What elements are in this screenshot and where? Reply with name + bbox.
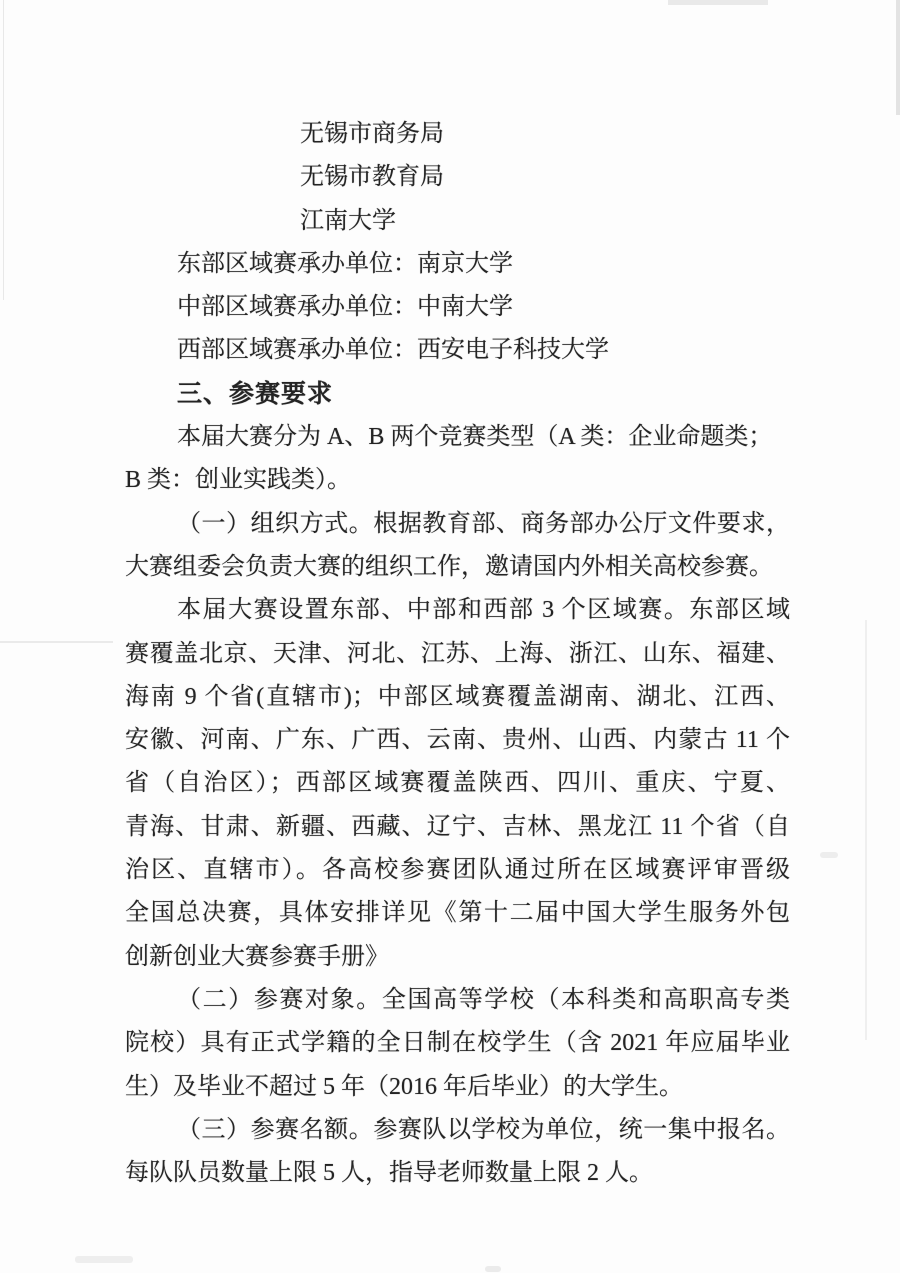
text-line: 赛覆盖北京、天津、河北、江苏、上海、浙江、山东、福建、 [125,633,790,676]
scan-artifact [0,641,113,643]
scan-artifact [75,1256,133,1263]
scan-artifact [820,852,838,858]
scan-artifact [865,620,867,1040]
text-line: 东部区域赛承办单位：南京大学 [125,243,790,286]
text-line: 全国总决赛，具体安排详见《第十二届中国大学生服务外包 [125,892,790,935]
text-line: 无锡市商务局 [125,113,790,156]
text-line: 生）及毕业不超过 5 年（2016 年后毕业）的大学生。 [125,1066,790,1109]
text-line: 大赛组委会负责大赛的组织工作，邀请国内外相关高校参赛。 [125,546,790,589]
text-line: 海南 9 个省(直辖市)；中部区域赛覆盖湖南、湖北、江西、 [125,676,790,719]
scan-artifact [3,0,4,300]
text-line: （一）组织方式。根据教育部、商务部办公厅文件要求， [125,503,790,546]
text-line: （三）参赛名额。参赛队以学校为单位，统一集中报名。 [125,1109,790,1152]
text-line: 创新创业大赛参赛手册》 [125,936,790,979]
text-line: 本届大赛分为 A、B 两个竞赛类型（A 类：企业命题类； [125,416,790,459]
text-line: 中部区域赛承办单位：中南大学 [125,286,790,329]
text-line: 本届大赛设置东部、中部和西部 3 个区域赛。东部区域 [125,589,790,632]
section-heading: 三、参赛要求 [125,373,790,416]
scan-artifact [485,1266,501,1272]
document-page: 无锡市商务局无锡市教育局江南大学东部区域赛承办单位：南京大学中部区域赛承办单位：… [0,0,900,1273]
text-line: （二）参赛对象。全国高等学校（本科类和高职高专类 [125,979,790,1022]
text-line: 青海、甘肃、新疆、西藏、辽宁、吉林、黑龙江 11 个省（自 [125,806,790,849]
document-body: 无锡市商务局无锡市教育局江南大学东部区域赛承办单位：南京大学中部区域赛承办单位：… [125,113,790,1195]
text-line: B 类：创业实践类）。 [125,459,790,502]
text-line: 安徽、河南、广东、广西、云南、贵州、山西、内蒙古 11 个 [125,719,790,762]
text-line: 每队队员数量上限 5 人，指导老师数量上限 2 人。 [125,1152,790,1195]
text-line: 西部区域赛承办单位：西安电子科技大学 [125,329,790,372]
scan-artifact [668,0,768,5]
text-line: 治区、直辖市）。各高校参赛团队通过所在区域赛评审晋级 [125,849,790,892]
text-line: 无锡市教育局 [125,156,790,199]
text-line: 江南大学 [125,200,790,243]
text-line: 省（自治区）；西部区域赛覆盖陕西、四川、重庆、宁夏、 [125,762,790,805]
scan-artifact [896,0,900,115]
text-line: 院校）具有正式学籍的全日制在校学生（含 2021 年应届毕业 [125,1022,790,1065]
